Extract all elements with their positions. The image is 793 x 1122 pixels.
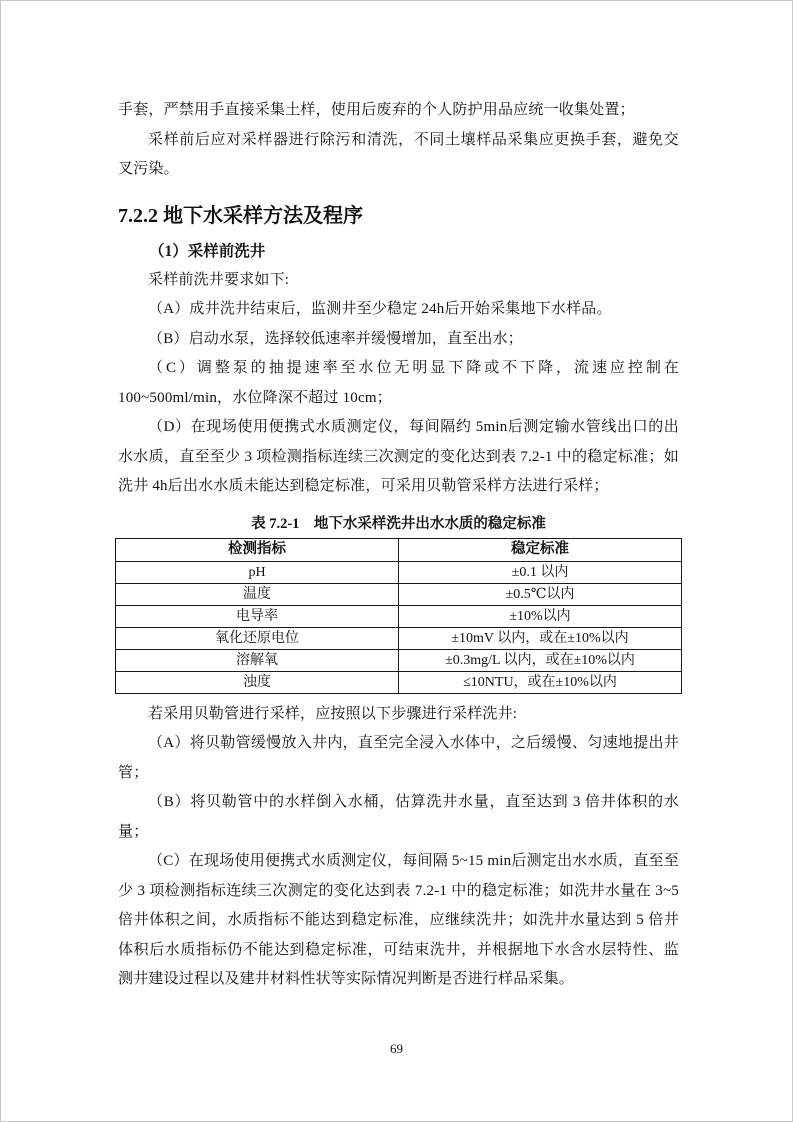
bailer-item-c: （C）在现场使用便携式水质测定仪，每间隔 5~15 min后测定出水水质，直至至… <box>118 847 679 995</box>
table-row: 氧化还原电位 ±10mV 以内，或在±10%以内 <box>116 627 682 649</box>
table-row: pH ±0.1 以内 <box>116 561 682 583</box>
table-row: 温度 ±0.5℃以内 <box>116 583 682 605</box>
table-cell-indicator: 电导率 <box>116 605 399 627</box>
table-header-standard: 稳定标准 <box>399 538 682 561</box>
table-cell-indicator: 温度 <box>116 583 399 605</box>
document-page: 手套，严禁用手直接采集土样，使用后废弃的个人防护用品应统一收集处置； 采样前后应… <box>0 0 793 1122</box>
table-cell-standard: ±0.5℃以内 <box>399 583 682 605</box>
bailer-lead: 若采用贝勒管进行采样，应按照以下步骤进行采样洗井: <box>118 700 679 730</box>
table-row: 溶解氧 ±0.3mg/L 以内，或在±10%以内 <box>116 649 682 671</box>
section-heading: 7.2.2 地下水采样方法及程序 <box>118 201 679 231</box>
bailer-item-b: （B）将贝勒管中的水样倒入水桶，估算洗井水量，直至达到 3 倍井体积的水量； <box>118 788 679 847</box>
table-row: 浊度 ≤10NTU，或在±10%以内 <box>116 671 682 693</box>
well-purge-lead: 采样前洗井要求如下: <box>118 266 679 296</box>
stability-standard-table: 检测指标 稳定标准 pH ±0.1 以内 温度 ±0.5℃以内 电导率 ±10%… <box>115 538 682 694</box>
table-cell-standard: ≤10NTU，或在±10%以内 <box>399 671 682 693</box>
table-cell-indicator: pH <box>116 561 399 583</box>
well-purge-item-d: （D）在现场使用便携式水质测定仪，每间隔约 5min后测定输水管线出口的出水水质… <box>118 413 679 502</box>
table-header-row: 检测指标 稳定标准 <box>116 538 682 561</box>
table-cell-indicator: 氧化还原电位 <box>116 627 399 649</box>
table-caption: 表 7.2-1 地下水采样洗井出水水质的稳定标准 <box>118 512 679 536</box>
table-cell-indicator: 溶解氧 <box>116 649 399 671</box>
table-cell-standard: ±10mV 以内，或在±10%以内 <box>399 627 682 649</box>
table-cell-indicator: 浊度 <box>116 671 399 693</box>
paragraph-glove-disposal: 手套，严禁用手直接采集土样，使用后废弃的个人防护用品应统一收集处置； <box>118 96 679 126</box>
table-header-indicator: 检测指标 <box>116 538 399 561</box>
page-number: 69 <box>1 1041 792 1057</box>
well-purge-item-c: （C）调整泵的抽提速率至水位无明显下降或不下降，流速应控制在100~500ml/… <box>118 354 679 413</box>
subsection-heading: （1）采样前洗井 <box>118 240 679 264</box>
bailer-item-a: （A）将贝勒管缓慢放入井内，直至完全浸入水体中，之后缓慢、匀速地提出井管； <box>118 729 679 788</box>
table-cell-standard: ±10%以内 <box>399 605 682 627</box>
table-cell-standard: ±0.1 以内 <box>399 561 682 583</box>
well-purge-item-b: （B）启动水泵，选择较低速率并缓慢增加，直至出水； <box>118 325 679 355</box>
paragraph-sampler-cleaning: 采样前后应对采样器进行除污和清洗，不同土壤样品采集应更换手套，避免交叉污染。 <box>118 126 679 185</box>
table-row: 电导率 ±10%以内 <box>116 605 682 627</box>
well-purge-item-a: （A）成井洗井结束后，监测井至少稳定 24h后开始采集地下水样品。 <box>118 295 679 325</box>
table-cell-standard: ±0.3mg/L 以内，或在±10%以内 <box>399 649 682 671</box>
page-content: 手套，严禁用手直接采集土样，使用后废弃的个人防护用品应统一收集处置； 采样前后应… <box>118 96 679 995</box>
